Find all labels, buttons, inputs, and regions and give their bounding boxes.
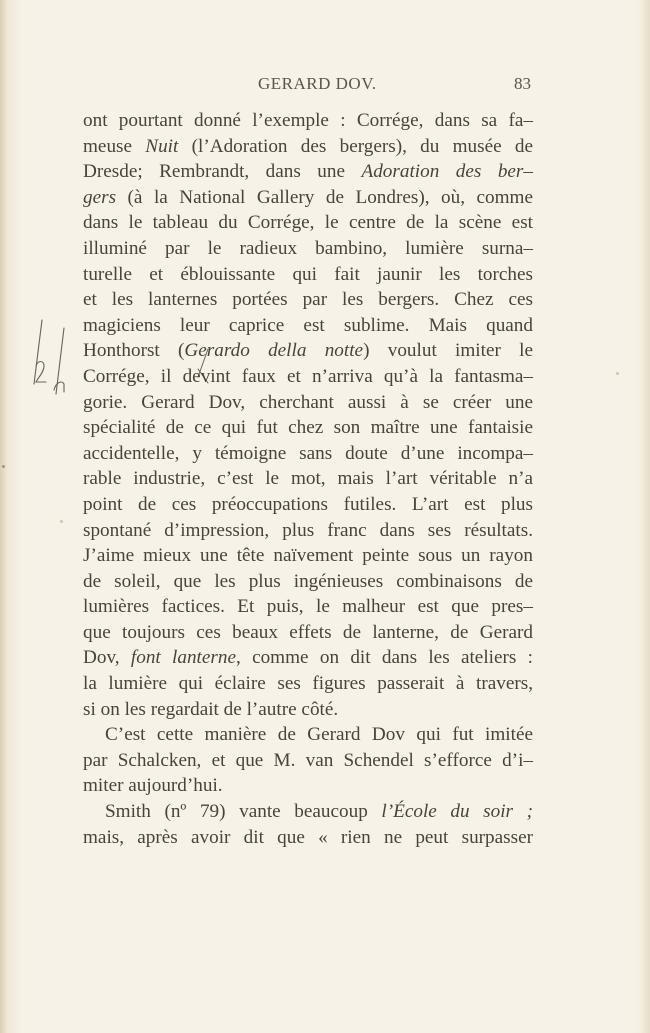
text-line: si on les regardait de l’autre côté. — [83, 697, 533, 723]
text-span: si on les regardait de l’autre côté. — [83, 699, 338, 720]
text-line: de soleil, que les plus ingénieuses comb… — [83, 569, 533, 595]
pencil-margin-marks — [28, 318, 78, 403]
text-span: spontané d’impression, plus franc dans s… — [83, 520, 533, 541]
italic-text: font lanterne — [131, 647, 236, 668]
text-span: Corrége, il devint faux et n’arriva qu’à… — [83, 366, 533, 387]
italic-text: gers — [83, 187, 116, 208]
text-line: point de ces préoccupations futiles. L’a… — [83, 492, 533, 518]
text-span: la lumière qui éclaire ses figures passe… — [83, 673, 533, 694]
italic-text: Nuit — [145, 136, 178, 157]
text-line: spontané d’impression, plus franc dans s… — [83, 518, 533, 544]
text-line: meuse Nuit (l’Adoration des bergers), du… — [83, 134, 533, 160]
text-span: miter aujourd’hui. — [83, 775, 223, 796]
text-span: de soleil, que les plus ingénieuses comb… — [83, 571, 533, 592]
text-line: magiciens leur caprice est sublime. Mais… — [83, 313, 533, 339]
text-span: ) voulut imiter le — [363, 340, 533, 361]
running-head: GERARD DOV. 83 — [83, 74, 533, 100]
text-span: ont pourtant donné l’exemple : Corrége, … — [83, 110, 533, 131]
text-line: ont pourtant donné l’exemple : Corrége, … — [83, 108, 533, 134]
text-line: Dresde; Rembrandt, dans une Adoration de… — [83, 159, 533, 185]
text-line: par Schalcken, et que M. van Schendel s’… — [83, 748, 533, 774]
text-span: dans le tableau du Corrége, le centre de… — [83, 212, 533, 233]
text-span: J’aime mieux une tête naïvement peinte s… — [83, 545, 533, 566]
text-span: que toujours ces beaux effets de lantern… — [83, 622, 533, 643]
text-line: et les lanternes portées par les bergers… — [83, 287, 533, 313]
text-line: spécialité de ce qui fut chez son maître… — [83, 415, 533, 441]
text-span: , comme on dit dans les ateliers : — [236, 647, 533, 668]
text-span: magiciens leur caprice est sublime. Mais… — [83, 315, 533, 336]
text-span: (à la National Gallery de Londres), où, … — [116, 187, 533, 208]
book-page: GERARD DOV. 83 ont pourtant donné l’exem… — [0, 0, 650, 1033]
text-span: par Schalcken, et que M. van Schendel s’… — [83, 750, 533, 771]
pencil-mark-icon — [28, 318, 78, 403]
text-span: lumières factices. Et puis, le malheur e… — [83, 596, 533, 617]
text-line: mais, après avoir dit que « rien ne peut… — [83, 825, 533, 851]
text-span: Honthorst ( — [83, 340, 184, 361]
text-line: gers (à la National Gallery de Londres),… — [83, 185, 533, 211]
text-span: rable industrie, c’est le mot, mais l’ar… — [83, 468, 533, 489]
body-text: ont pourtant donné l’exemple : Corrége, … — [83, 108, 533, 850]
text-line: miter aujourd’hui. — [83, 773, 533, 799]
text-span: meuse — [83, 136, 145, 157]
text-line: Dov, font lanterne, comme on dit dans le… — [83, 645, 533, 671]
text-span: Dresde; Rembrandt, dans une — [83, 161, 361, 182]
text-span: gorie. Gerard Dov, cherchant aussi à se … — [83, 392, 533, 413]
paper-spot — [60, 520, 63, 523]
text-span: Dov, — [83, 647, 131, 668]
italic-text: Gerardo della notte — [184, 340, 363, 361]
text-span: et les lanternes portées par les bergers… — [83, 289, 533, 310]
text-span: C’est cette manière de Gerard Dov qui fu… — [105, 724, 533, 745]
running-title: GERARD DOV. — [258, 74, 377, 94]
text-span: (l’Adoration des bergers), du musée de — [178, 136, 533, 157]
text-span: illuminé par le radieux bambino, lumière… — [83, 238, 533, 259]
text-span: point de ces préoccupations futiles. L’a… — [83, 494, 533, 515]
text-line: que toujours ces beaux effets de lantern… — [83, 620, 533, 646]
text-line: rable industrie, c’est le mot, mais l’ar… — [83, 466, 533, 492]
text-line: J’aime mieux une tête naïvement peinte s… — [83, 543, 533, 569]
text-line: Smith (nº 79) vante beaucoup l’École du … — [83, 799, 533, 825]
italic-text: l’École du soir ; — [381, 801, 533, 822]
paper-spot — [2, 465, 5, 468]
text-line: dans le tableau du Corrége, le centre de… — [83, 210, 533, 236]
text-line: C’est cette manière de Gerard Dov qui fu… — [83, 722, 533, 748]
page-number: 83 — [514, 74, 531, 94]
text-span: accidentelle, y témoigne sans doute d’un… — [83, 443, 533, 464]
text-line: turelle et éblouissante qui fait jaunir … — [83, 262, 533, 288]
italic-text: Adoration des ber– — [361, 161, 533, 182]
text-line: accidentelle, y témoigne sans doute d’un… — [83, 441, 533, 467]
paper-spot — [616, 372, 619, 375]
text-line: illuminé par le radieux bambino, lumière… — [83, 236, 533, 262]
text-span: turelle et éblouissante qui fait jaunir … — [83, 264, 533, 285]
text-line: Corrége, il devint faux et n’arriva qu’à… — [83, 364, 533, 390]
text-line: gorie. Gerard Dov, cherchant aussi à se … — [83, 390, 533, 416]
text-line: la lumière qui éclaire ses figures passe… — [83, 671, 533, 697]
text-line: Honthorst (Gerardo della notte) voulut i… — [83, 338, 533, 364]
text-line: lumières factices. Et puis, le malheur e… — [83, 594, 533, 620]
text-span: spécialité de ce qui fut chez son maître… — [83, 417, 533, 438]
text-span: mais, après avoir dit que « rien ne peut… — [83, 827, 533, 848]
text-span: Smith (nº 79) vante beaucoup — [105, 801, 381, 822]
